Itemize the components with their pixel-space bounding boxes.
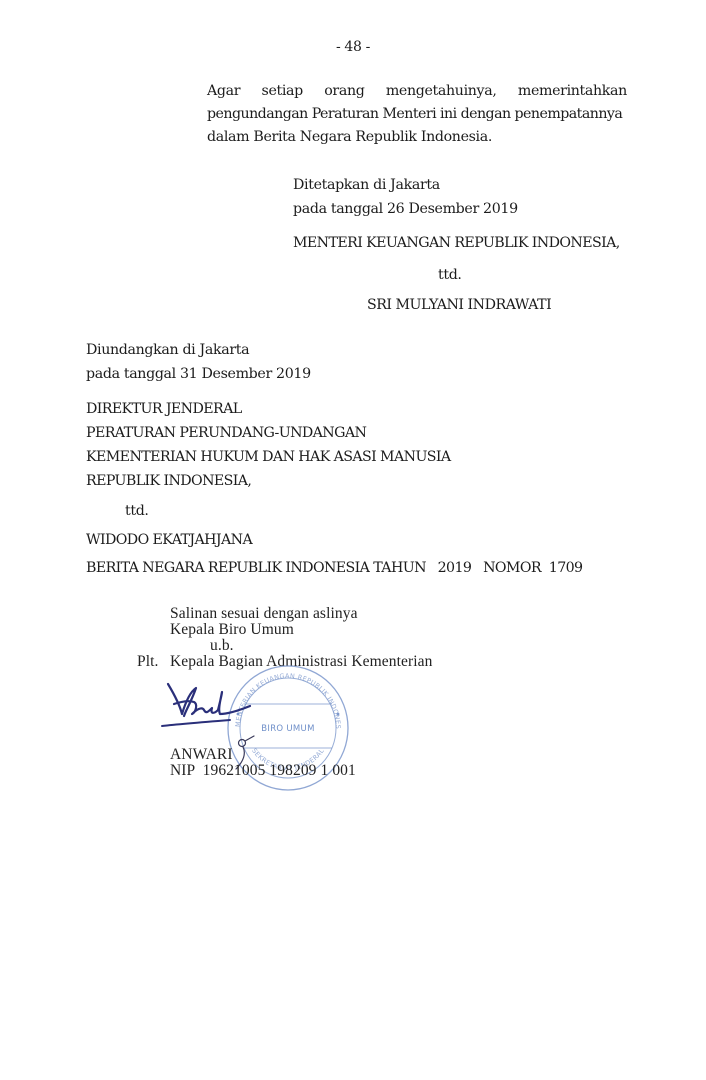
word: memerintahkan (518, 84, 627, 98)
certified-copy-nip: NIP 19621005 198209 1 001 (170, 763, 356, 779)
word: orang (324, 84, 364, 98)
gazette-reference: BERITA NEGARA REPUBLIK INDONESIA TAHUN 2… (86, 561, 582, 575)
certified-copy-prefix: Plt. (137, 654, 159, 670)
promulgation-place: Diundangkan di Jakarta (86, 343, 249, 357)
promulgation-signatory-name: WIDODO EKATJAHJANA (86, 533, 252, 547)
page-number: - 48 - (0, 40, 706, 54)
promulgation-title-line-3: KEMENTERIAN HUKUM DAN HAK ASASI MANUSIA (86, 450, 451, 464)
enactment-place: Ditetapkan di Jakarta (293, 178, 440, 192)
certified-copy-line-3: u.b. (210, 638, 234, 654)
closing-paragraph-line-2: pengundangan Peraturan Menteri ini denga… (207, 107, 622, 121)
word: setiap (262, 84, 303, 98)
word: Agar (207, 84, 240, 98)
certified-copy-signatory-name: ANWARI (170, 747, 233, 763)
certified-copy-line-1: Salinan sesuai dengan aslinya (170, 606, 358, 622)
enactment-date: pada tanggal 26 Desember 2019 (293, 202, 518, 216)
promulgation-title-line-4: REPUBLIK INDONESIA, (86, 474, 251, 488)
handwritten-signature (160, 680, 255, 738)
certified-copy-line-2: Kepala Biro Umum (170, 622, 294, 638)
word: mengetahuinya, (386, 84, 497, 98)
enactment-signatory-name: SRI MULYANI INDRAWATI (367, 298, 551, 312)
closing-paragraph-line-1: Agar setiap orang mengetahuinya, memerin… (207, 84, 627, 98)
enactment-title: MENTERI KEUANGAN REPUBLIK INDONESIA, (293, 236, 620, 250)
enactment-signed: ttd. (438, 268, 462, 282)
stamp-center-text: BIRO UMUM (261, 724, 314, 734)
promulgation-title-line-2: PERATURAN PERUNDANG-UNDANGAN (86, 426, 366, 440)
promulgation-title-line-1: DIREKTUR JENDERAL (86, 402, 242, 416)
closing-paragraph-line-3: dalam Berita Negara Republik Indonesia. (207, 130, 492, 144)
promulgation-date: pada tanggal 31 Desember 2019 (86, 367, 311, 381)
promulgation-signed: ttd. (125, 504, 149, 518)
